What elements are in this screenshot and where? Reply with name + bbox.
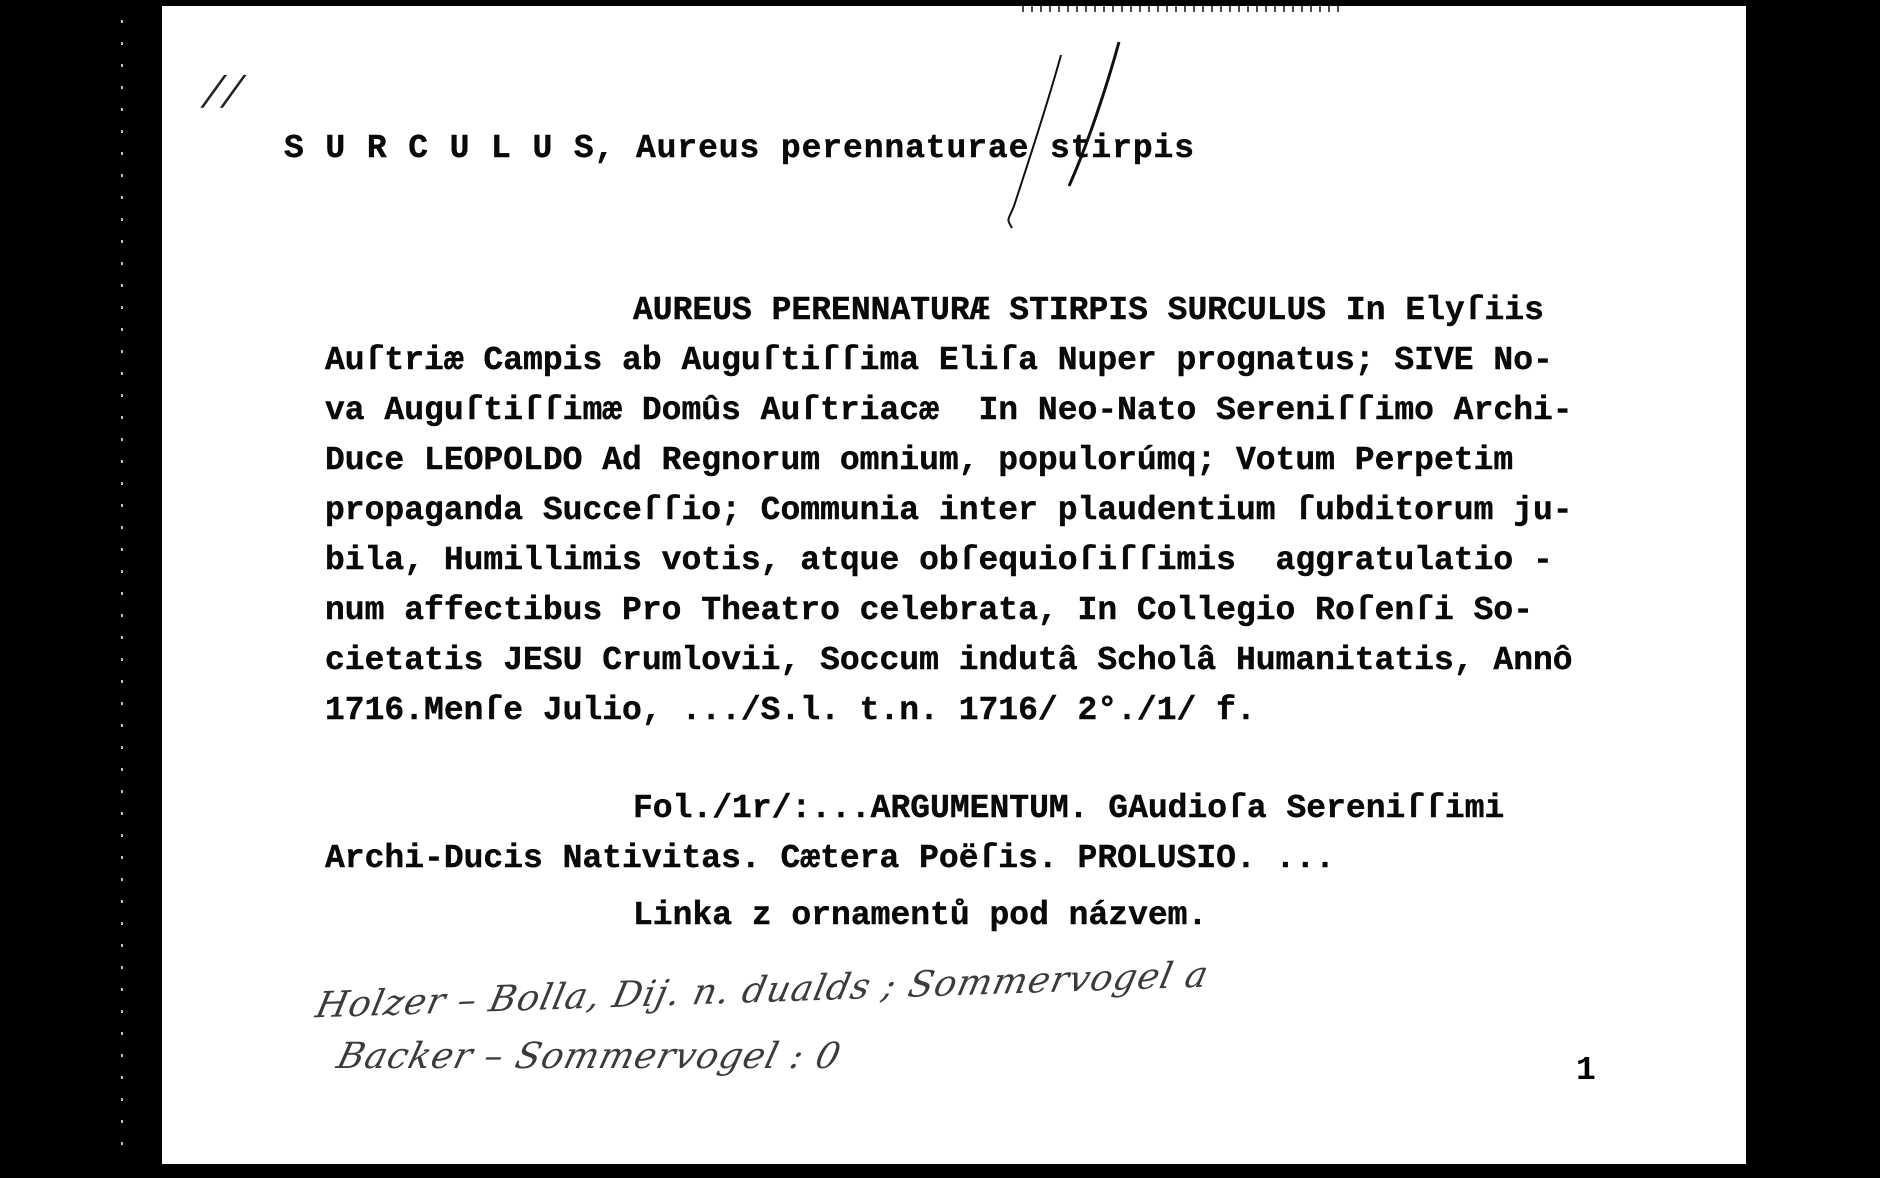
description-line-4: Duce LEOPOLDO Ad Regnorum omnium, populo… — [325, 444, 1513, 477]
catalogue-card: // S U R C U L U S, Aureus perennaturae … — [162, 6, 1746, 1164]
description-line-7: num affectibus Pro Theatro celebrata, In… — [325, 594, 1533, 627]
description-line-2: Auſtriæ Campis ab Auguſtiſſima Eliſa Nup… — [325, 344, 1553, 377]
card-title: S U R C U L U S, Aureus perennaturae sti… — [284, 132, 1195, 165]
handwritten-reference-line-2: Backer – Sommervogel : 0 — [333, 1036, 845, 1077]
description-line-5: propaganda Succeſſio; Communia inter pla… — [325, 494, 1573, 527]
corner-pencil-mark: // — [202, 68, 251, 114]
description-line-1: AUREUS PERENNATURÆ STIRPIS SURCULUS In E… — [633, 294, 1544, 327]
scan-margin-dotted-line — [121, 20, 123, 1160]
description-line-3: va Auguſtiſſimæ Domûs Auſtriacæ In Neo-N… — [325, 394, 1573, 427]
description-line-9: 1716.Menſe Julio, .../S.l. t.n. 1716/ 2°… — [325, 694, 1256, 727]
description-line-8: cietatis JESU Crumlovii, Soccum indutâ S… — [325, 644, 1573, 677]
handwritten-reference-line-1: Holzer – Bolla, Dij. n. dualds ; Sommerv… — [312, 955, 1213, 1027]
contents-line-2: Archi-Ducis Nativitas. Cætera Poëſis. PR… — [325, 842, 1335, 875]
scan-noise — [1022, 6, 1342, 12]
note-line: Linka z ornamentů pod názvem. — [633, 899, 1207, 932]
contents-line-1: Fol./1r/:...ARGUMENTUM. GAudioſa Sereniſ… — [633, 792, 1504, 825]
page-number: 1 — [1576, 1052, 1596, 1089]
description-line-6: bila, Humillimis votis, atque obſequioſi… — [325, 544, 1553, 577]
